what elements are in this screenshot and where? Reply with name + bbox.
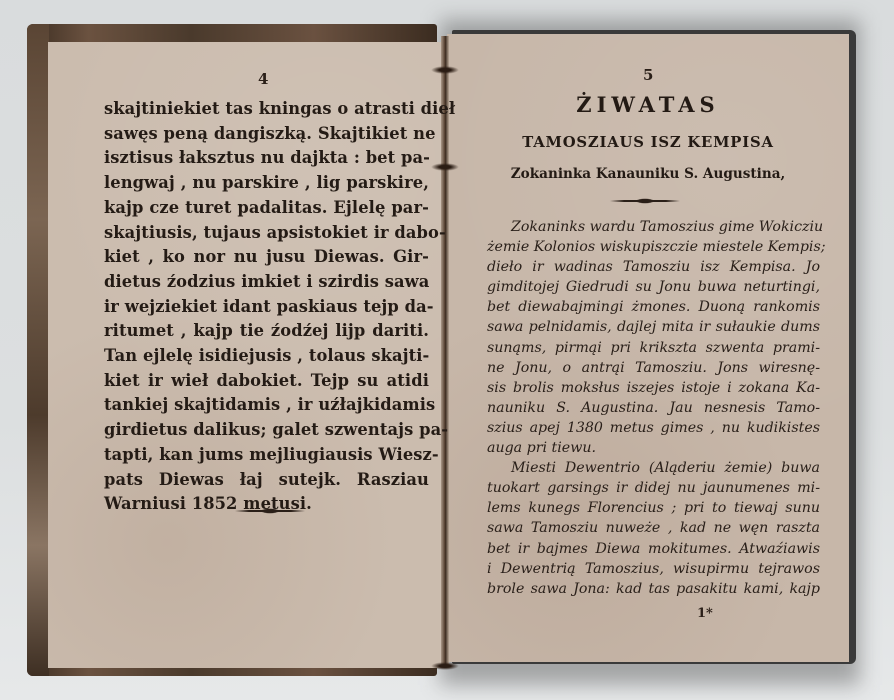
text-line: sawęs peną dangiszką. Skajtikiet ne — [104, 122, 429, 147]
text-line: tapti, kan jums mejliugiausis Wiesz- — [104, 443, 429, 468]
text-line: sis brolis moksłus iszejes istoje i zoka… — [487, 378, 820, 398]
text-line: ritumet , kajp tie źodźej lijp dariti. — [104, 319, 429, 344]
end-ornament-icon — [235, 508, 305, 514]
text-line: ir wejziekiet idant paskiaus tejp da- — [104, 295, 429, 320]
text-line: szius apej 1380 metus gimes , nu kudikis… — [487, 418, 820, 438]
text-line: skajtiniekiet tas kningas o atrasti dieł — [104, 97, 429, 122]
text-line: kiet , ko nor nu jusu Diewas. Gir- — [104, 245, 429, 270]
text-line: Miesti Dewentrio (Aląderiu żemie) buwa — [487, 458, 820, 478]
text-line: sawa Tamosziu nuweże , kad ne węn raszta — [487, 518, 820, 538]
text-line: lems kunegs Florencius ; pri to tiewaj s… — [487, 498, 820, 518]
text-line: żemie Kolonios wiskupiszczie miestele Ke… — [487, 237, 820, 257]
text-line: pats Diewas łaj sutejk. Rasziau — [104, 468, 429, 493]
signature-mark: 1* — [697, 606, 713, 621]
text-line: dieło ir wadinas Tamosziu isz Kempisa. J… — [487, 257, 820, 277]
chapter-title: ŻIWATAS — [447, 92, 849, 117]
chapter-subheading: Zokaninka Kanauniku S. Augustina, — [447, 166, 849, 182]
text-line: ne Jonu, o antrąi Tamosziu. Jons wiresnę… — [487, 358, 820, 378]
text-line: brole sawa Jona: kad tas pasakitu kami, … — [487, 579, 820, 599]
text-line: bet diewabajmingi żmones. Duoną rankomis — [487, 297, 820, 317]
text-line: kajp cze turet padalitas. Ejlelę par- — [104, 196, 429, 221]
binding-stitch — [431, 66, 459, 74]
text-line: lengwaj , nu parskire , lig parskire, — [104, 171, 429, 196]
text-line: Tan ejlelę isidiejusis , tolaus skajti- — [104, 344, 429, 369]
text-line: girdietus dalikus; galet szwentajs pa- — [104, 418, 429, 443]
cover-spine-edge — [27, 24, 49, 676]
text-line: isztisus łaksztus nu dajkta : bet pa- — [104, 146, 429, 171]
text-line: dietus źodzius imkiet i szirdis sawa — [104, 270, 429, 295]
text-line: sunąms, pirmąi pri krikszta szwenta pram… — [487, 338, 820, 358]
text-line: Zokaninks wardu Tamoszius gime Wokicziu — [487, 217, 820, 237]
left-page-number: 4 — [258, 70, 268, 88]
binding-stitch — [431, 662, 459, 670]
text-line: nauniku S. Augustina. Jau nesnesis Tamo- — [487, 398, 820, 418]
text-line: i Dewentrią Tamoszius, wisupirmu tejrawo… — [487, 559, 820, 579]
text-line: gimditojej Giedrudi su Jonu buwa neturti… — [487, 277, 820, 297]
text-line: auga pri tiewu. — [487, 438, 820, 458]
left-page-body: skajtiniekiet tas kningas o atrasti dieł… — [104, 97, 429, 517]
text-line: sawa pelnidamis, dajlej mita ir sułaukie… — [487, 317, 820, 337]
right-page-number: 5 — [643, 66, 653, 84]
right-page-body: Zokaninks wardu Tamoszius gime Wokicziu … — [487, 217, 820, 599]
title-ornament-icon — [610, 198, 680, 204]
text-line: tuokart garsings ir didej nu jaunumenes … — [487, 478, 820, 498]
book-gutter — [441, 36, 449, 666]
chapter-subtitle: TAMOSZIAUS ISZ KEMPISA — [447, 134, 849, 151]
text-line: skajtiusis, tujaus apsistokiet ir dabo- — [104, 221, 429, 246]
text-line: bet ir bajmes Diewa mokitumes. Atwaźiawi… — [487, 539, 820, 559]
text-line: kiet ir wieł dabokiet. Tejp su atidi — [104, 369, 429, 394]
text-line: tankiej skajtidamis , ir uźłajkidamis — [104, 393, 429, 418]
